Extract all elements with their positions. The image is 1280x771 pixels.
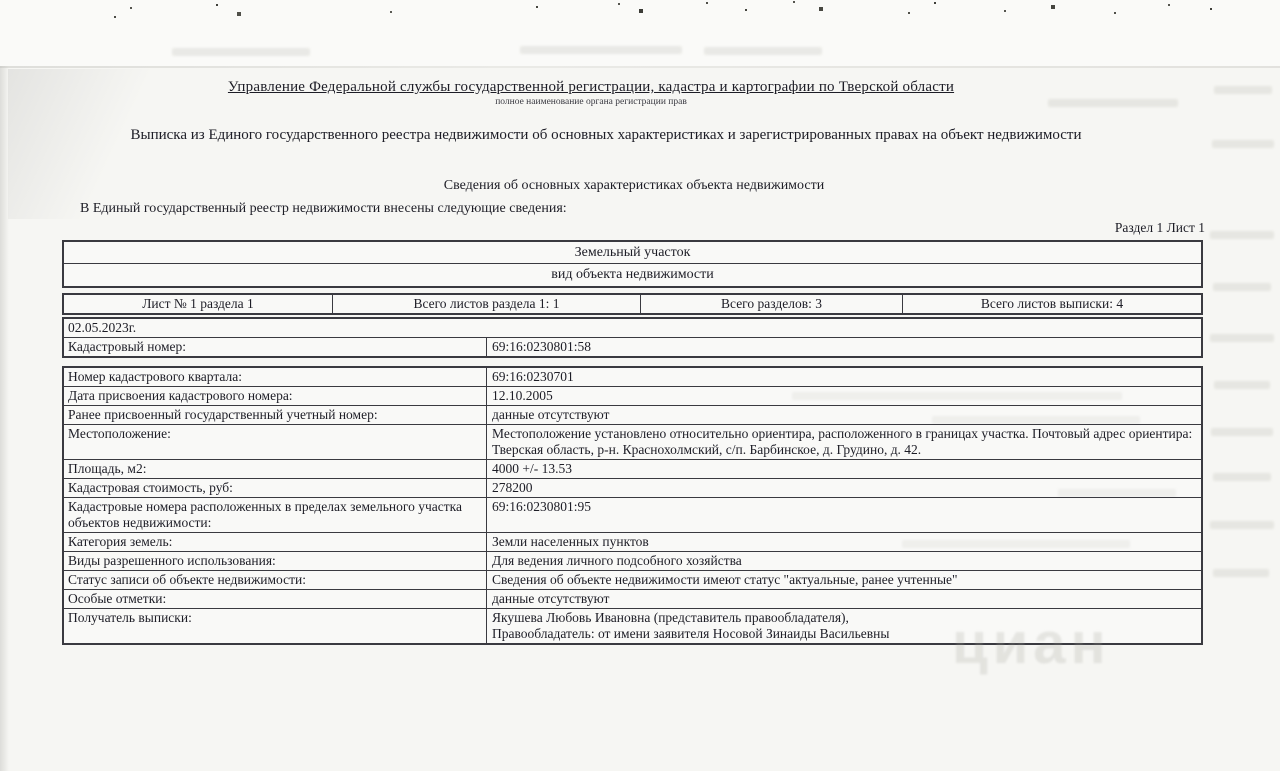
object-type-caption: вид объекта недвижимости <box>64 264 1201 286</box>
section-heading: Сведения об основных характеристиках объ… <box>0 178 1268 194</box>
row-label: Ранее присвоенный государственный учетны… <box>64 406 487 424</box>
bleed-through-artifact <box>1210 231 1274 239</box>
intro-text: В Единый государственный реестр недвижим… <box>80 201 567 217</box>
row-label: Местоположение: <box>64 425 487 459</box>
row-label: Кадастровая стоимость, руб: <box>64 479 487 497</box>
bleed-through-artifact <box>1213 283 1271 291</box>
row-value: данные отсутствуют <box>487 406 1201 424</box>
sheet-info-cell: Всего листов выписки: 4 <box>903 295 1201 313</box>
bleed-through-artifact <box>1210 521 1274 529</box>
row-label: Особые отметки: <box>64 590 487 608</box>
row-value: Земли населенных пунктов <box>487 533 1201 551</box>
bleed-through-artifact <box>1213 473 1271 481</box>
table-row: Кадастровые номера расположенных в преде… <box>64 497 1201 532</box>
row-label: Кадастровые номера расположенных в преде… <box>64 498 487 532</box>
table-row: Дата присвоения кадастрового номера: 12.… <box>64 386 1201 405</box>
row-value: Для ведения личного подсобного хозяйства <box>487 552 1201 570</box>
row-value: 4000 +/- 13.53 <box>487 460 1201 478</box>
sheet-info-cell: Всего разделов: 3 <box>641 295 903 313</box>
table-row: Статус записи об объекте недвижимости: С… <box>64 570 1201 589</box>
date-cadastral-table: 02.05.2023г. Кадастровый номер: 69:16:02… <box>62 317 1203 358</box>
row-value: 69:16:0230701 <box>487 368 1201 386</box>
row-value: Сведения об объекте недвижимости имеют с… <box>487 571 1201 589</box>
row-value: 12.10.2005 <box>487 387 1201 405</box>
row-value: 69:16:0230801:95 <box>487 498 1201 532</box>
authority-caption: полное наименование органа регистрации п… <box>0 97 1182 107</box>
scan-dust-speckles <box>114 16 116 18</box>
characteristics-table: Номер кадастрового квартала: 69:16:02307… <box>62 366 1203 645</box>
bleed-through-artifact <box>1212 140 1274 148</box>
cian-watermark: циан <box>952 610 1111 677</box>
scanner-margin <box>0 0 1280 66</box>
row-label: Категория земель: <box>64 533 487 551</box>
table-row: Виды разрешенного использования: Для вед… <box>64 551 1201 570</box>
extract-date: 02.05.2023г. <box>64 319 1201 337</box>
table-row: Местоположение: Местоположение установле… <box>64 424 1201 459</box>
row-value: 69:16:0230801:58 <box>487 338 1201 356</box>
registration-authority-name: Управление Федеральной службы государств… <box>0 79 1182 96</box>
object-type-value: Земельный участок <box>64 242 1201 264</box>
bleed-through-artifact <box>704 47 822 55</box>
bleed-through-artifact <box>1214 86 1272 94</box>
sheet-info-cell: Лист № 1 раздела 1 <box>64 295 333 313</box>
table-row: Площадь, м2: 4000 +/- 13.53 <box>64 459 1201 478</box>
row-label: Получатель выписки: <box>64 609 487 643</box>
row-label: Площадь, м2: <box>64 460 487 478</box>
bleed-through-artifact <box>1210 334 1274 342</box>
row-label: Виды разрешенного использования: <box>64 552 487 570</box>
scanned-document-page: Управление Федеральной службы государств… <box>0 0 1280 771</box>
row-value: данные отсутствуют <box>487 590 1201 608</box>
table-row: Ранее присвоенный государственный учетны… <box>64 405 1201 424</box>
row-label: Кадастровый номер: <box>64 338 487 356</box>
row-label: Дата присвоения кадастрового номера: <box>64 387 487 405</box>
table-row: Номер кадастрового квартала: 69:16:02307… <box>64 368 1201 386</box>
table-row: Особые отметки: данные отсутствуют <box>64 589 1201 608</box>
bleed-through-artifact <box>520 46 682 54</box>
table-row: Кадастровая стоимость, руб: 278200 <box>64 478 1201 497</box>
bleed-through-artifact <box>1214 381 1270 389</box>
row-label: Статус записи об объекте недвижимости: <box>64 571 487 589</box>
row-label: Номер кадастрового квартала: <box>64 368 487 386</box>
row-value: 278200 <box>487 479 1201 497</box>
sheet-info-cell: Всего листов раздела 1: 1 <box>333 295 641 313</box>
section-page-indicator: Раздел 1 Лист 1 <box>1115 220 1205 236</box>
document-title: Выписка из Единого государственного реес… <box>0 127 1212 144</box>
row-value: Местоположение установлено относительно … <box>487 425 1201 459</box>
bleed-through-artifact <box>1211 428 1273 436</box>
object-type-table: Земельный участок вид объекта недвижимос… <box>62 240 1203 288</box>
table-row: Кадастровый номер: 69:16:0230801:58 <box>64 337 1201 356</box>
sheet-info-table: Лист № 1 раздела 1 Всего листов раздела … <box>62 293 1203 315</box>
bleed-through-artifact <box>1213 569 1269 577</box>
table-row: Категория земель: Земли населенных пункт… <box>64 532 1201 551</box>
bleed-through-artifact <box>172 48 310 56</box>
paper-edge-line <box>0 66 1280 68</box>
